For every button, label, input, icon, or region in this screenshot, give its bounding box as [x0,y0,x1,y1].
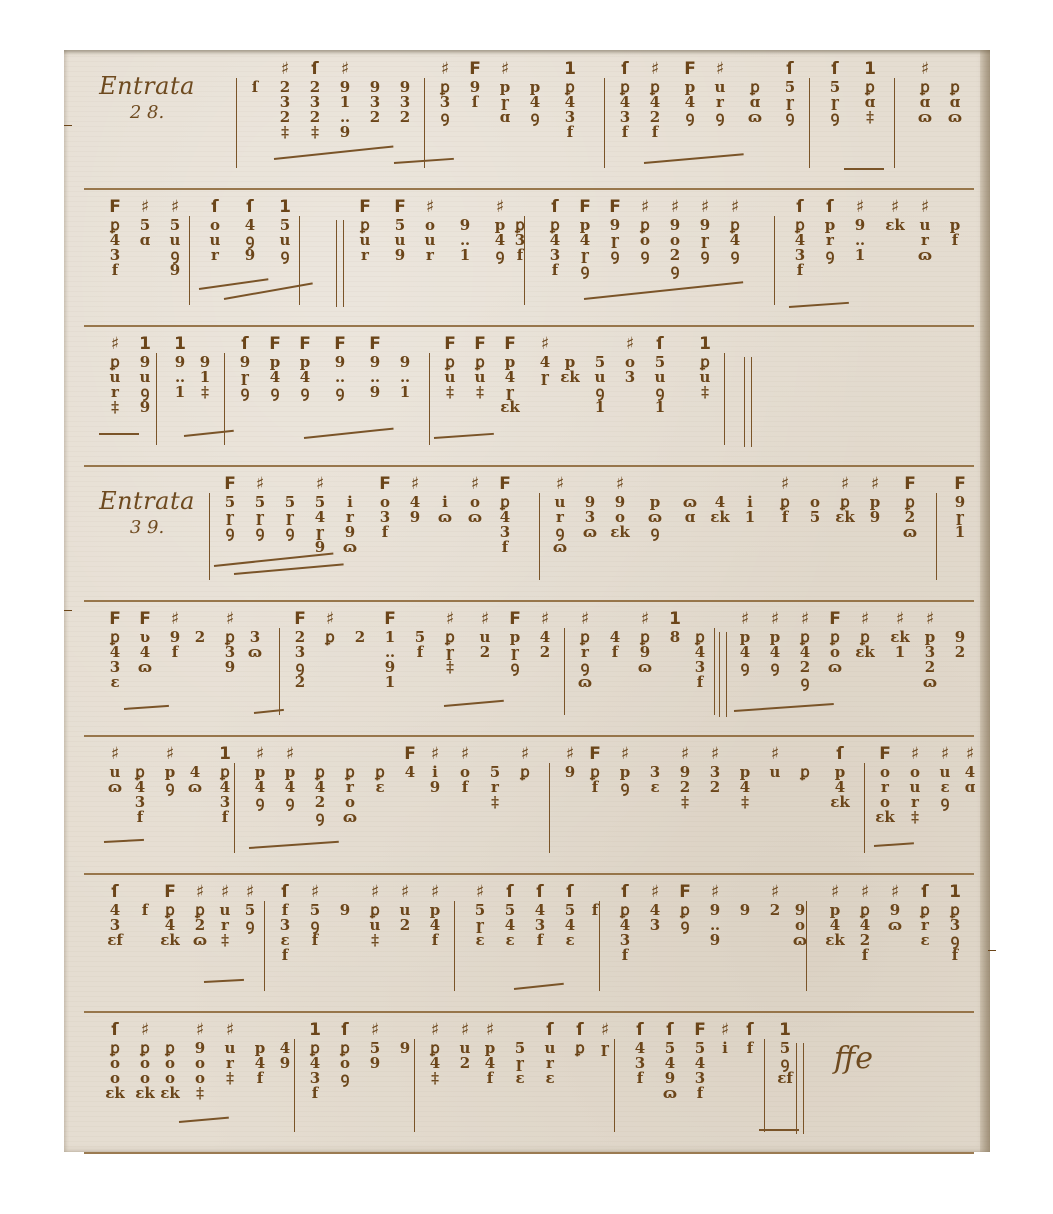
rhythm-flag [279,473,301,495]
rhythm-flag: F [874,743,896,765]
tablature-glyph: 2 [289,675,311,690]
rhythm-flag: ſ [659,1019,681,1041]
tablature-glyph: ꝯ [644,525,666,540]
beam-stroke [789,302,849,308]
margin-mark [64,125,72,126]
rhythm-flag: F [464,58,486,80]
rhythm-flag: F [899,473,921,495]
tablature-glyph: ɛk [874,810,896,825]
tablature-chord: 19uꝯ9 [134,333,156,415]
tablature-glyph: ɷ [899,525,921,540]
tablature-glyph: ɼ [534,370,556,385]
rhythm-flag [794,743,816,765]
tablature-chord: Fꝑu‡ [469,333,491,400]
barline [539,493,540,580]
rhythm-flag: ♯ [884,881,906,903]
tablature-chord: ♯pꝯ [614,743,636,795]
rhythm-flag: F [439,333,461,355]
tablature-glyph: ‡ [424,1071,446,1086]
rhythm-flag: ♯ [424,881,446,903]
rhythm-flag: ♯ [304,881,326,903]
barline [604,78,605,168]
tablature-glyph: ꝯ [779,110,801,125]
double-barline [796,1043,804,1134]
tablature-chord: ſour [204,196,226,263]
tablature-glyph: 2 [394,918,416,933]
tablature-chord: ♯ꝑɛk [834,473,856,525]
tablature-chord: f [134,881,156,918]
rhythm-flag: F [134,608,156,630]
rhythm-flag: ♯ [534,333,556,355]
tablature-system: ♯uɷꝑ43f♯pꝯ4ɷ1ꝑ43f♯p4ꝯ♯p4ꝯꝑ42ꝯꝑroɷꝑɛF4♯i9… [84,735,974,873]
rhythm-flag: ♯ [674,743,696,765]
tablature-chord: ♯ꝑrꝯɷ [574,608,596,690]
tablature-glyph: ɛk [559,370,581,385]
rhythm-flag: F [469,333,491,355]
tablature-glyph: f [789,263,811,278]
tablature-system: Entrata2 8.ſ♯232‡ſ232‡♯91‥9932932♯ꝑ3ꝯF9ſ… [84,50,974,188]
tablature-glyph: f [104,263,126,278]
tablature-chord: ♯ꝑ2ɷ [189,881,211,948]
tablature-chord: ♯43 [644,881,666,933]
tablature-glyph: ɛk [159,933,181,948]
tablature-glyph: 9 [559,765,581,780]
rhythm-flag: ſ [559,881,581,903]
tablature-glyph: f [249,1071,271,1086]
rhythm-flag: ♯ [249,473,271,495]
tablature-glyph: ‡ [439,660,461,675]
rhythm-flag [364,58,386,80]
tablature-chord: ♯p4ꝯ [279,743,301,810]
tablature-glyph: ꝯ [309,810,331,825]
tablature-chord: ♯p4ꝯ [249,743,271,810]
rhythm-flag: ſ [819,196,841,218]
tablature-glyph: ‡ [469,385,491,400]
tablature-chord: F9ɼꝯ [604,196,626,263]
tablature-glyph: 9 [424,780,446,795]
rhythm-flag [944,58,966,80]
tablature-chord: 9 [734,881,756,918]
tablature-glyph: ꝯ [694,248,716,263]
rhythm-flag: F [494,473,516,495]
tablature-chord: ꝑɛ [369,743,391,795]
tablature-chord: ♯pꝯ [159,743,181,795]
barline [236,78,237,168]
tablature-chord: ſ43f [629,1019,651,1086]
rhythm-flag [559,333,581,355]
tablature-chord: ſꝑ43f [614,881,636,963]
tablature-chord: ♯ꝑ42f [854,881,876,963]
rhythm-flag: F [679,58,701,80]
tablature-chord: iɷ [434,473,456,525]
tablature-chord: ſp4ɛk [829,743,851,810]
rhythm-flag [134,881,156,903]
rhythm-flag: ♯ [619,333,641,355]
tablature-glyph: ɷ [914,110,936,125]
tablature-glyph: f [424,933,446,948]
barline [894,78,895,168]
tablature-chord: ♯54ɼ9 [309,473,331,555]
tablature-glyph: ꝯ [434,110,456,125]
tablature-glyph: ꝯ [764,660,786,675]
barline [279,628,280,715]
tablature-chord: ſ232‡ [304,58,326,140]
rhythm-flag: ♯ [274,58,296,80]
tablature-glyph: ꝯ [279,795,301,810]
tablature-glyph: ꝯ [159,780,181,795]
rhythm-flag [274,1019,296,1041]
rhythm-flag [709,473,731,495]
tablature-chord: ♯5ꝯf [304,881,326,948]
tablature-glyph: ɷ [574,675,596,690]
tablature-glyph: f [374,525,396,540]
tablature-glyph: r [354,248,376,263]
rhythm-flag [244,58,266,80]
tablature-glyph: f [559,125,581,140]
tablature-glyph: 9 [239,248,261,263]
rhythm-flag: ♯ [319,608,341,630]
rhythm-flag [689,608,711,630]
tablature-chord: 1ꝑ3ꝯf [944,881,966,963]
rhythm-flag [734,743,756,765]
rhythm-flag: F [374,473,396,495]
rhythm-flag: ſ [539,1019,561,1041]
tablature-glyph: 1 [169,385,191,400]
tablature-glyph: ꝯ [614,780,636,795]
tablature-glyph: 2 [704,780,726,795]
tablature-glyph: ɷ [659,1086,681,1101]
tablature-chord: F4 [399,743,421,780]
rhythm-flag: ſ [304,58,326,80]
rhythm-flag: ♯ [219,608,241,630]
tablature-chord: F9‥9 [364,333,386,400]
tablature-chord: 91‡ [194,333,216,400]
tablature-glyph: ꝯ [674,918,696,933]
beam-stroke [734,703,834,712]
rhythm-flag: ♯ [644,881,666,903]
tablature-chord: ir9ɷ [339,473,361,555]
tablature-glyph: ɷ [914,248,936,263]
tablature-chord: ♯59 [364,1019,386,1071]
tablature-glyph: ꝯ [334,1071,356,1086]
rhythm-flag [484,743,506,765]
tablature-glyph: 9 [364,385,386,400]
tablature-chord: 932 [394,58,416,125]
tablature-chord: 1ꝑu‡ [694,333,716,400]
beam-stroke [199,278,269,290]
rhythm-flag: ♯ [189,1019,211,1041]
tablature-glyph: ɑ [959,780,981,795]
rhythm-flag [734,881,756,903]
tablature-glyph: ɛ [539,1071,561,1086]
tablature-glyph: ɛk [884,218,906,233]
rhythm-flag: ♯ [634,608,656,630]
tablature-glyph: ꝯ [734,660,756,675]
tablature-chord: ♯92‡ [674,743,696,810]
tablature-chord: ♯oɷ [464,473,486,525]
tablature-chord: ♯9o2ꝯ [664,196,686,278]
tablature-glyph: f [739,1041,761,1056]
tablature-glyph: 9 [274,1056,296,1071]
rhythm-flag: F [949,473,971,495]
tablature-chord: ♯ꝑɛk [854,608,876,660]
tablature-chord: ♯ur‡ [219,1019,241,1086]
tablature-chord: ꝑɑɷ [944,58,966,125]
tablature-glyph: 5 [804,510,826,525]
tablature-glyph: ɷ [434,510,456,525]
rhythm-flag [339,743,361,765]
rhythm-flag: ♯ [239,881,261,903]
tablature-glyph: ‡ [304,125,326,140]
tablature-chord: p4ꝯ [524,58,546,125]
margin-mark [988,950,996,951]
double-barline [719,632,727,717]
tablature-glyph: f [214,810,236,825]
tablature-chord: Fꝑur [354,196,376,263]
rhythm-flag: ♯ [364,881,386,903]
tablature-glyph: ɛ [369,780,391,795]
rhythm-flag: ſ [824,58,846,80]
rhythm-flag [309,743,331,765]
rhythm-flag: ♯ [704,743,726,765]
tablature-chord: ♯ur‡ [214,881,236,948]
rhythm-flag: ſ [104,1019,126,1041]
tablature-chord: ſ43f [529,881,551,948]
tablature-chord: ♯9‥9 [704,881,726,948]
manuscript-page: Entrata2 8.ſ♯232‡ſ232‡♯91‥9932932♯ꝑ3ꝯF9ſ… [64,50,990,1152]
page-edge [980,50,990,1152]
tablature-chord: 92 [949,608,971,660]
tablature-glyph: ꝑ [514,765,536,780]
tablature-glyph: 9 [334,125,356,140]
tablature-glyph: ɷ [744,110,766,125]
tablature-chord: Fꝑꝯ [674,881,696,933]
tablature-chord: ♯ꝑ42f [644,58,666,140]
tablature-glyph: ſ [244,80,266,95]
rhythm-flag: ♯ [704,881,726,903]
tablature-glyph: ꝯ [824,110,846,125]
tablature-glyph: ɛk [834,510,856,525]
tablature-glyph: f [644,125,666,140]
tablature-chord: ♯our‡ [904,743,926,825]
tablature-glyph: ‡ [694,385,716,400]
rhythm-flag: 1 [214,743,236,765]
rhythm-flag: ſ [629,1019,651,1041]
tablature-glyph: ɛk [854,645,876,660]
barline [724,353,725,445]
tablature-glyph: ɛ [469,933,491,948]
tablature-glyph: f [274,948,296,963]
tablature-glyph: ɷ [339,540,361,555]
tablature-glyph: ꝑ [319,630,341,645]
tablature-glyph: ‡ [674,795,696,810]
tablature-glyph: ɑ [679,510,701,525]
rhythm-flag: ſ [789,196,811,218]
rhythm-flag: 1 [859,58,881,80]
rhythm-flag: ♯ [644,58,666,80]
tablature-chord: 4ɛk [709,473,731,525]
tablature-chord: ♯p4ɛk [824,881,846,948]
tablature-glyph: 9 [404,510,426,525]
tablature-chord: ♯u2 [454,1019,476,1071]
rhythm-flag: F [504,608,526,630]
tablature-chord: ſf3ɛf [274,881,296,963]
tablature-chord: pɛk [559,333,581,385]
system-rule [84,1152,974,1154]
tablature-glyph: ɛk [104,1086,126,1101]
barline [549,763,550,853]
rhythm-flag [194,333,216,355]
rhythm-flag [644,743,666,765]
tablature-glyph: ɛf [104,933,126,948]
rhythm-flag: ♯ [419,196,441,218]
rhythm-flag [129,743,151,765]
tablature-glyph: 9 [334,903,356,918]
tablature-chord: 1ꝑ43f [304,1019,326,1101]
tablature-chord: Fꝑ43f [494,473,516,555]
tablature-chord: pf [944,196,966,248]
barline [209,493,210,580]
rhythm-flag: ♯ [219,1019,241,1041]
rhythm-flag: ♯ [164,608,186,630]
tablature-chord: 15ꝯɛf [774,1019,796,1086]
rhythm-flag: ♯ [574,608,596,630]
rhythm-flag: ♯ [594,1019,616,1041]
rhythm-flag: ſ [104,881,126,903]
tablature-chord: ♯of [454,743,476,795]
rhythm-flag: F [379,608,401,630]
tablature-chord: ꝑ [794,743,816,780]
tablature-chord: 1ꝑ43f [559,58,581,140]
tablature-chord: ♯ꝑɑɷ [914,58,936,125]
tablature-glyph: f [689,675,711,690]
tablature-glyph: ꝯ [724,248,746,263]
rhythm-flag [349,608,371,630]
tablature-chord: ꝑɑɷ [744,58,766,125]
rhythm-flag: ſ [829,743,851,765]
beam-stroke [759,1129,799,1131]
rhythm-flag: ſ [529,881,551,903]
tablature-chord: Fʋ4ɷ [134,608,156,675]
tablature-glyph: ꝯ [819,248,841,263]
section-heading: Entrata2 8. [92,72,202,123]
rhythm-flag: 1 [694,333,716,355]
rhythm-flag: ſ [914,881,936,903]
rhythm-flag: F [329,333,351,355]
rhythm-flag [589,333,611,355]
rhythm-flag: ♯ [764,743,786,765]
tablature-glyph: 1 [949,525,971,540]
tablature-system: Fꝑ43f♯5ɑ♯5uꝯ9ſourſ4ꝯ915uꝯFꝑurF5u9♯our9‥1… [84,188,974,325]
tablature-chord: ꝑroɷ [339,743,361,825]
tablature-chord: 19‥1 [169,333,191,400]
rhythm-flag: ♯ [854,881,876,903]
rhythm-flag: ♯ [534,608,556,630]
rhythm-flag: ♯ [709,58,731,80]
tablature-chord: ♯p4ꝯ [764,608,786,675]
tablature-chord: ſ54ɛ [559,881,581,948]
tablature-chord: ꝑ43f [129,743,151,825]
tablature-glyph: f [944,233,966,248]
rhythm-flag [189,608,211,630]
tablature-chord: ſ [244,58,266,95]
tablature-glyph: 2 [764,903,786,918]
rhythm-flag: ♯ [634,196,656,218]
rhythm-flag: ♯ [394,881,416,903]
rhythm-flag: ♯ [914,196,936,218]
beam-stroke [304,428,394,439]
tablature-chord: ♯u2 [474,608,496,660]
barline [299,216,300,305]
finis-mark: ffe [834,1041,873,1076]
tablature-chord: Fp4ɼꝯ [574,196,596,278]
tablature-glyph: ɛk [824,933,846,948]
tablature-glyph: ‡ [439,385,461,400]
rhythm-flag: F [354,196,376,218]
rhythm-flag: ♯ [904,743,926,765]
tablature-glyph: ꝯ [794,675,816,690]
tablature-chord: ♯ꝑ39 [219,608,241,675]
tablature-chord: ♯ꝑur‡ [104,333,126,415]
rhythm-flag [184,743,206,765]
tablature-glyph: ꝯ [634,248,656,263]
rhythm-flag: ♯ [104,333,126,355]
tablature-glyph: f [944,948,966,963]
beam-stroke [514,983,564,990]
rhythm-flag: ♯ [714,1019,736,1041]
rhythm-flag: F [364,333,386,355]
tablature-glyph: 9 [134,400,156,415]
tablature-chord: Fꝑ2ɷ [899,473,921,540]
tablature-glyph: ꝯ [574,263,596,278]
rhythm-flag [644,473,666,495]
rhythm-flag: ♯ [614,743,636,765]
rhythm-flag: 1 [274,196,296,218]
rhythm-flag: F [389,196,411,218]
double-barline [744,357,752,447]
tablature-chord: ♯5ꝯ [239,881,261,933]
tablature-chord: F1‥91 [379,608,401,690]
rhythm-flag: ſ [544,196,566,218]
rhythm-flag [249,1019,271,1041]
beam-stroke [124,705,169,710]
tablature-glyph: ꝯ [504,660,526,675]
tablature-glyph: ɛ [104,675,126,690]
tablature-chord: Fꝑ43ɛ [104,608,126,690]
tablature-chord: ♯ꝑ [514,743,536,780]
rhythm-flag: ♯ [214,881,236,903]
tablature-glyph: 9 [364,1056,386,1071]
rhythm-flag [434,473,456,495]
tablature-chord: Fꝑ4ɛk [159,881,181,948]
rhythm-flag: ♯ [774,473,796,495]
tablature-glyph: 4 [399,765,421,780]
tablature-glyph: ɷ [884,918,906,933]
rhythm-flag [789,881,811,903]
tablature-glyph: ɷ [579,525,601,540]
rhythm-flag: ♯ [454,743,476,765]
rhythm-flag: ♯ [609,473,631,495]
tablature-glyph: f [604,645,626,660]
rhythm-flag: F [219,473,241,495]
barline [564,628,565,715]
rhythm-flag: ♯ [134,196,156,218]
rhythm-flag [604,608,626,630]
barline [156,353,157,445]
tablature-glyph: ꝯ [264,385,286,400]
beam-stroke [444,700,504,707]
rhythm-flag: ♯ [439,608,461,630]
